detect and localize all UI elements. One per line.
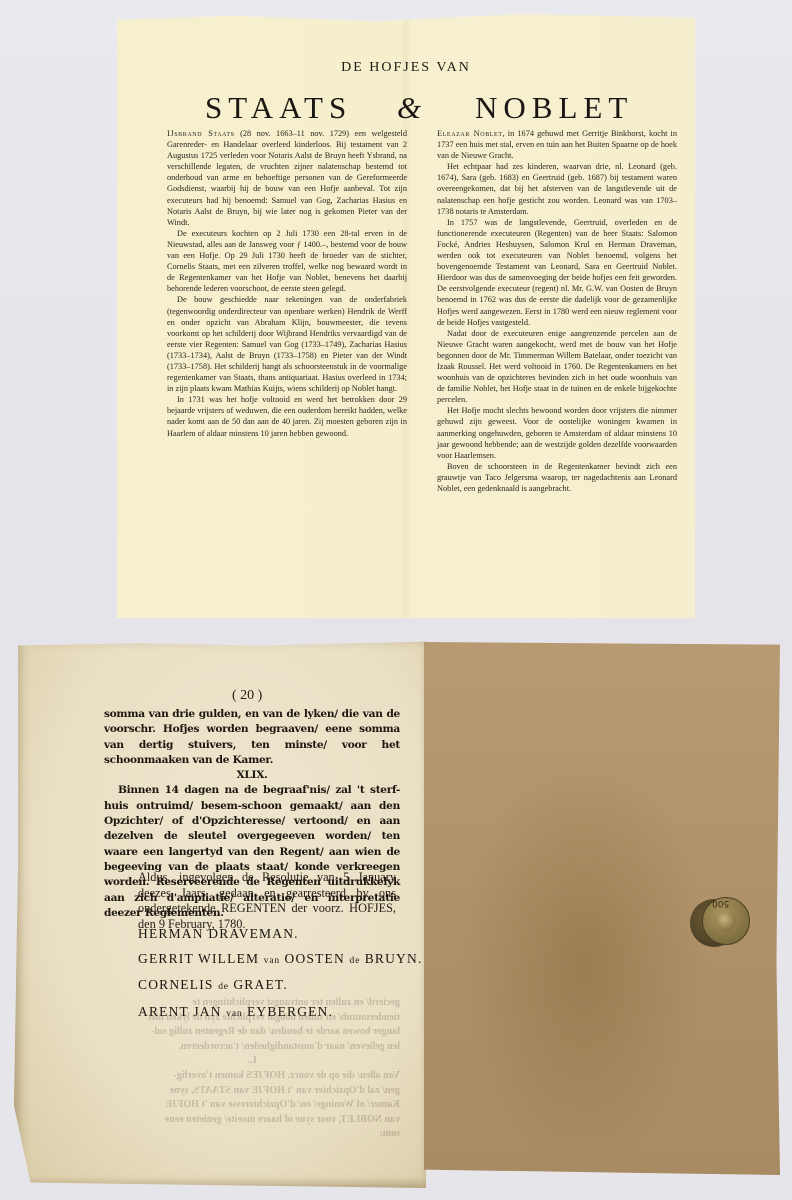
signatory-name: HERMAN DRAVEMAN. [138, 926, 299, 941]
paragraph: somma van drie gulden, en van de lyken/ … [104, 707, 400, 768]
paragraph: Het echtpaar had zes kinderen, waarvan d… [437, 161, 677, 216]
leaflet-title-noblet: NOBLET [475, 90, 633, 126]
signatory: HERMAN DRAVEMAN. [138, 922, 423, 947]
ghost-line: Van allen/ die op de voorz. HOFJES komen… [104, 1069, 400, 1084]
leaflet-sheet: DE HOFJES VAN STAATS & NOBLET IJsbrand S… [117, 14, 695, 618]
paragraph: De executeurs kochten op 2 Juli 1730 een… [167, 228, 407, 295]
paragraph: De bouw geschiedde naar tekeningen van d… [167, 294, 407, 394]
name-particle: de [218, 982, 229, 992]
ghost-line: som: [104, 1127, 400, 1142]
paragraph: IJsbrand Staats (28 nov. 1663–11 nov. 17… [167, 128, 407, 228]
signatory-name: CORNELIS [138, 977, 214, 992]
leaflet-title-ampersand: & [397, 90, 421, 126]
ghost-line: gecierd/ en zullen ter ontvangst verplic… [104, 996, 400, 1011]
paragraph: Het Hofje mocht slechts bewoond worden d… [437, 405, 677, 460]
leaflet-left-column: IJsbrand Staats (28 nov. 1663–11 nov. 17… [167, 128, 407, 439]
signatory-surname: BRUYN. [365, 951, 423, 966]
leaflet-right-column: Eleazar Noblet, in 1674 gehuwd met Gerri… [437, 128, 677, 494]
article-number: XLIX. [104, 768, 400, 783]
name-particle: de [350, 956, 361, 966]
paragraph: Eleazar Noblet, in 1674 gehuwd met Gerri… [437, 128, 677, 161]
paragraph-text: (28 nov. 1663–11 nov. 1729) een welgeste… [167, 129, 407, 227]
ghost-line: van NOBLET, voor syne of haare moeite/ g… [104, 1113, 400, 1128]
lead-name: IJsbrand Staats [167, 129, 235, 138]
signatory: GERRIT WILLEM van OOSTEN de BRUYN. [138, 947, 423, 974]
paragraph: In 1731 was het hofje voltooid en werd h… [167, 394, 407, 438]
ghost-line: L. [104, 1054, 400, 1069]
brass-weight-icon: 500 [690, 895, 750, 953]
ghost-line: langer bowen aarde te houden/ dan de Reg… [104, 1025, 400, 1040]
weight-stamp: 500 [712, 898, 729, 908]
weight-knob [716, 911, 736, 931]
show-through-text: gecierd/ en zullen ter ontvangst verplic… [104, 996, 400, 1142]
name-particle: van [264, 956, 280, 966]
ghost-line: tiendertoutub/ en sullen boogal verplich… [104, 1011, 400, 1026]
signatory-surname: OOSTEN [285, 951, 345, 966]
paragraph: In 1757 was de langstlevende, Geertruid,… [437, 217, 677, 328]
page-number: ( 20 ) [232, 688, 262, 704]
signatory-surname: GRAET. [233, 977, 288, 992]
ghost-line: gen/ zal d'Opzichter van 't HOFJE van ST… [104, 1084, 400, 1099]
ghost-line: Kamer/ of Woninge/ en/ d'Opzichteresse v… [104, 1098, 400, 1113]
ghost-line: len gelieven/ naar d'omstandigheden/ t'a… [104, 1040, 400, 1055]
signatory-name: GERRIT WILLEM [138, 951, 259, 966]
lead-name: Eleazar Noblet [437, 129, 503, 138]
paragraph: Nadat door de executeuren enige aangrenz… [437, 328, 677, 406]
leaflet-kicker: DE HOFJES VAN [117, 60, 695, 76]
paragraph: Boven de schoorsteen in de Regentenkamer… [437, 461, 677, 494]
leaflet-title-staats: STAATS [205, 90, 352, 126]
